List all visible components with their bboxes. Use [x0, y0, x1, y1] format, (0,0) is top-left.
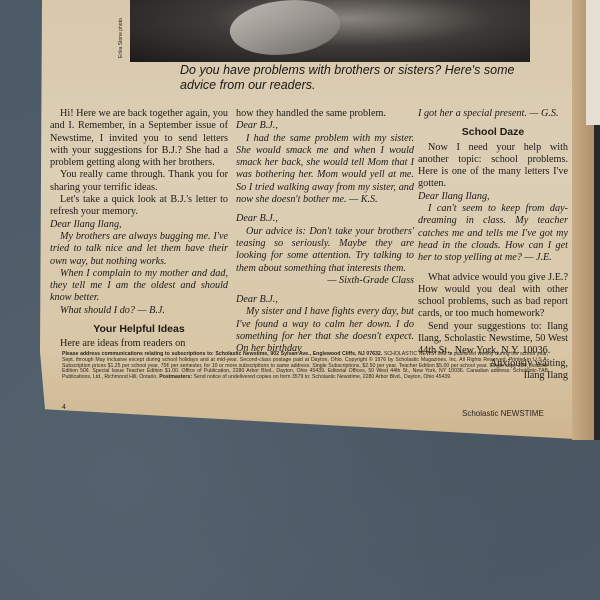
school-daze-intro: Now I need your help with another topic:…	[418, 142, 568, 191]
page-number: 4	[62, 404, 66, 411]
reply-3-body: My sister and I have fights every day, b…	[236, 306, 414, 355]
advice-question: What advice would you give J.E.? How wou…	[418, 272, 568, 321]
subheading-helpful-ideas: Your Helpful Ideas	[50, 323, 228, 335]
reply-2-signature: — Sixth-Grade Class	[236, 275, 414, 287]
reply-1-body: I had the same problem with my sister. S…	[236, 133, 414, 207]
intro-paragraph-1: Hi! Here we are back together again, you…	[50, 108, 228, 169]
adjacent-page-text-block	[586, 0, 600, 125]
ideas-intro-continued: how they handled the same problem.	[236, 108, 414, 120]
reply-2-body: Our advice is: Don't take your brothers'…	[236, 226, 414, 275]
article-column-1: Hi! Here we are back together again, you…	[50, 108, 228, 351]
postmaster-label: Postmasters:	[159, 374, 192, 380]
je-letter-body: I can't seem to keep from day-dreaming i…	[418, 203, 568, 264]
article-column-2: how they handled the same problem. Dear …	[236, 108, 414, 356]
publication-fineprint: Please address communications relating t…	[62, 352, 548, 381]
reply-3-continued: I got her a special present. — G.S.	[418, 108, 568, 120]
postmaster-notice: Send notice of undelivered copies on for…	[194, 374, 452, 380]
reply-2-salutation: Dear B.J.,	[236, 213, 414, 225]
letter-paragraph-1: My brothers are always bugging me. I've …	[50, 231, 228, 268]
letter-paragraph-2: When I complain to my mother and dad, th…	[50, 268, 228, 305]
reply-3-salutation: Dear B.J.,	[236, 294, 414, 306]
publication-name: Scholastic NEWSTIME	[462, 409, 544, 418]
ideas-intro: Here are ideas from readers on	[50, 338, 228, 350]
reply-1-salutation: Dear B.J.,	[236, 120, 414, 132]
je-letter-salutation: Dear Ilang Ilang,	[418, 191, 568, 203]
photo-credit: Erika Stone photo	[118, 6, 128, 58]
letter-paragraph-3: What should I do? — B.J.	[50, 305, 228, 317]
intro-paragraph-2: You really came through. Thank you for s…	[50, 169, 228, 194]
photo-caption: Do you have problems with brothers or si…	[180, 63, 540, 93]
article-column-3: I got her a special present. — G.S. Scho…	[418, 108, 568, 382]
subheading-school-daze: School Daze	[418, 126, 568, 138]
intro-paragraph-3: Let's take a quick look at B.J.'s letter…	[50, 194, 228, 219]
photo-hand-detail	[225, 0, 344, 66]
letter-salutation: Dear Ilang Ilang,	[50, 219, 228, 231]
article-photo	[130, 0, 530, 62]
